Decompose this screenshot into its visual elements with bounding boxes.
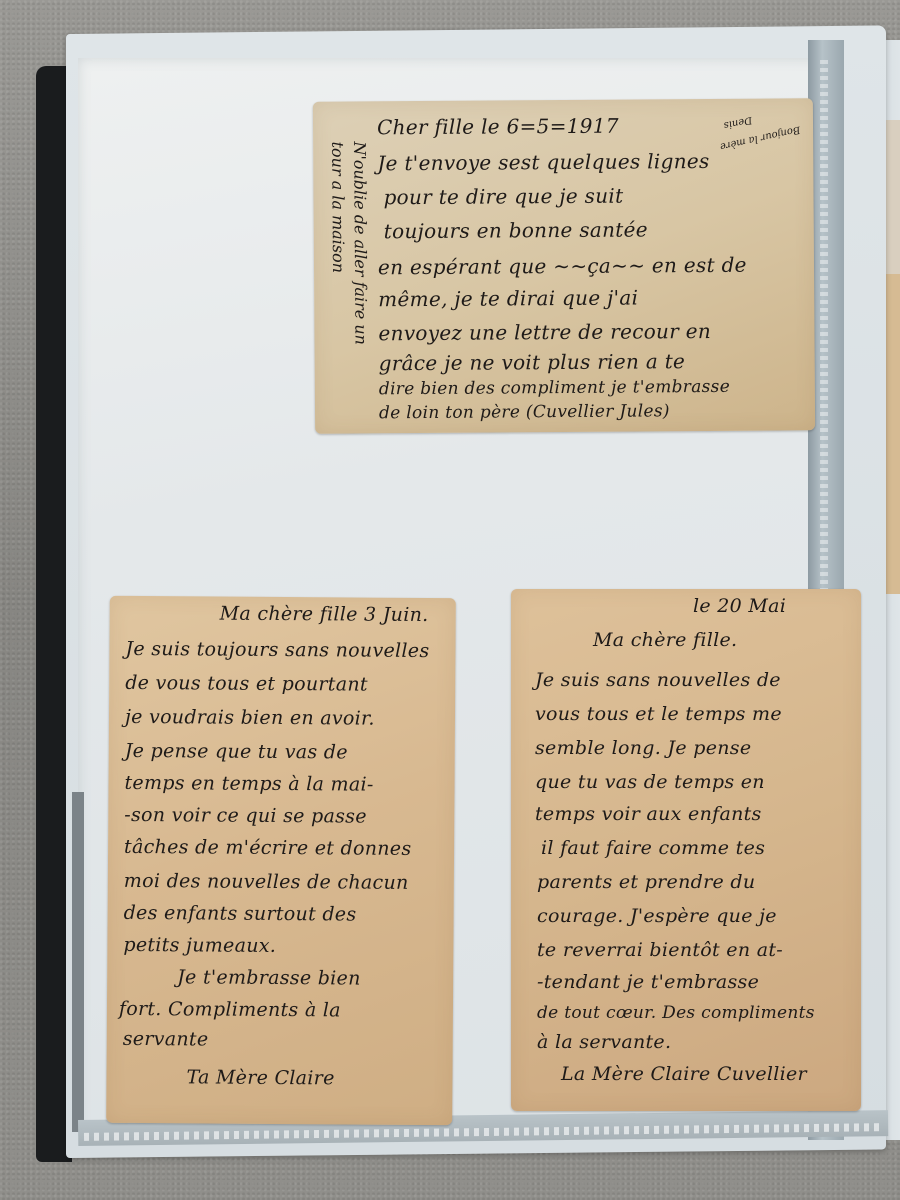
signature: La Mère Claire Cuvellier <box>561 1063 807 1085</box>
card-line: temps en temps à la mai- <box>124 772 373 796</box>
card-line: grâce je ne voit plus rien a te <box>379 349 686 375</box>
card-line: des enfants surtout des <box>124 902 357 926</box>
signature: Ta Mère Claire <box>186 1066 334 1089</box>
card-line: courage. J'espère que je <box>537 905 777 927</box>
card-line: parents et prendre du <box>537 871 755 893</box>
card-line: en espérant que ~~ça~~ en est de <box>378 253 747 280</box>
postcard-bottom-left: Ma chère fille 3 Juin. Je suis toujours … <box>106 596 456 1125</box>
card-line: tâches de m'écrire et donnes <box>124 836 412 860</box>
card-line: -tendant je t'embrasse <box>537 971 759 993</box>
margin-note-top-right: Denis <box>723 114 753 131</box>
card-line: Je t'embrasse bien <box>177 966 361 989</box>
card-line: Je suis sans nouvelles de <box>535 669 781 691</box>
card-line: toujours en bonne santée <box>384 217 648 243</box>
card-line: temps voir aux enfants <box>535 803 762 825</box>
card-line: Je t'envoye sest quelques lignes <box>377 149 709 175</box>
card-line: même, je te dirai que j'ai <box>378 285 638 311</box>
card-line: Cher fille le 6=5=1917 <box>377 114 619 140</box>
postcard-top: Cher fille le 6=5=1917 Je t'envoye sest … <box>313 98 815 433</box>
postcard-bottom-right: le 20 Mai Ma chère fille. Je suis sans n… <box>511 589 861 1111</box>
sleeve-inner-strip <box>72 792 84 1132</box>
card-line: fort. Compliments à la <box>119 998 341 1022</box>
margin-note-left: N'oublie de aller faire un <box>350 141 370 345</box>
card-line: semble long. Je pense <box>535 737 751 759</box>
card-line: servante <box>123 1028 209 1051</box>
card-line: -son voir ce qui se passe <box>124 804 367 828</box>
card-line: Je pense que tu vas de <box>125 740 348 764</box>
card-line: petits jumeaux. <box>123 934 276 957</box>
card-line: Ma chère fille 3 Juin. <box>220 603 429 626</box>
card-line: te reverrai bientôt en at- <box>537 939 783 961</box>
card-line: il faut faire comme tes <box>541 837 765 859</box>
card-line: de loin ton père (Cuvellier Jules) <box>379 401 670 423</box>
margin-note-left: tour a la maison <box>328 142 348 274</box>
card-line: pour te dire que je suit <box>383 184 623 210</box>
card-line: de tout cœur. Des compliments <box>537 1003 815 1023</box>
card-line: Je suis toujours sans nouvelles <box>125 638 429 662</box>
card-line: dire bien des compliment je t'embrasse <box>379 377 730 399</box>
card-line: moi des nouvelles de chacun <box>124 870 409 894</box>
card-line: envoyez une lettre de recour en <box>378 319 711 345</box>
card-line: à la servante. <box>537 1031 671 1053</box>
card-line: vous tous et le temps me <box>535 703 782 725</box>
card-line: le 20 Mai <box>693 595 786 617</box>
card-line: Ma chère fille. <box>593 629 737 651</box>
card-line: que tu vas de temps en <box>535 771 765 793</box>
card-line: de vous tous et pourtant <box>125 672 368 696</box>
card-line: je voudrais bien en avoir. <box>125 706 375 730</box>
